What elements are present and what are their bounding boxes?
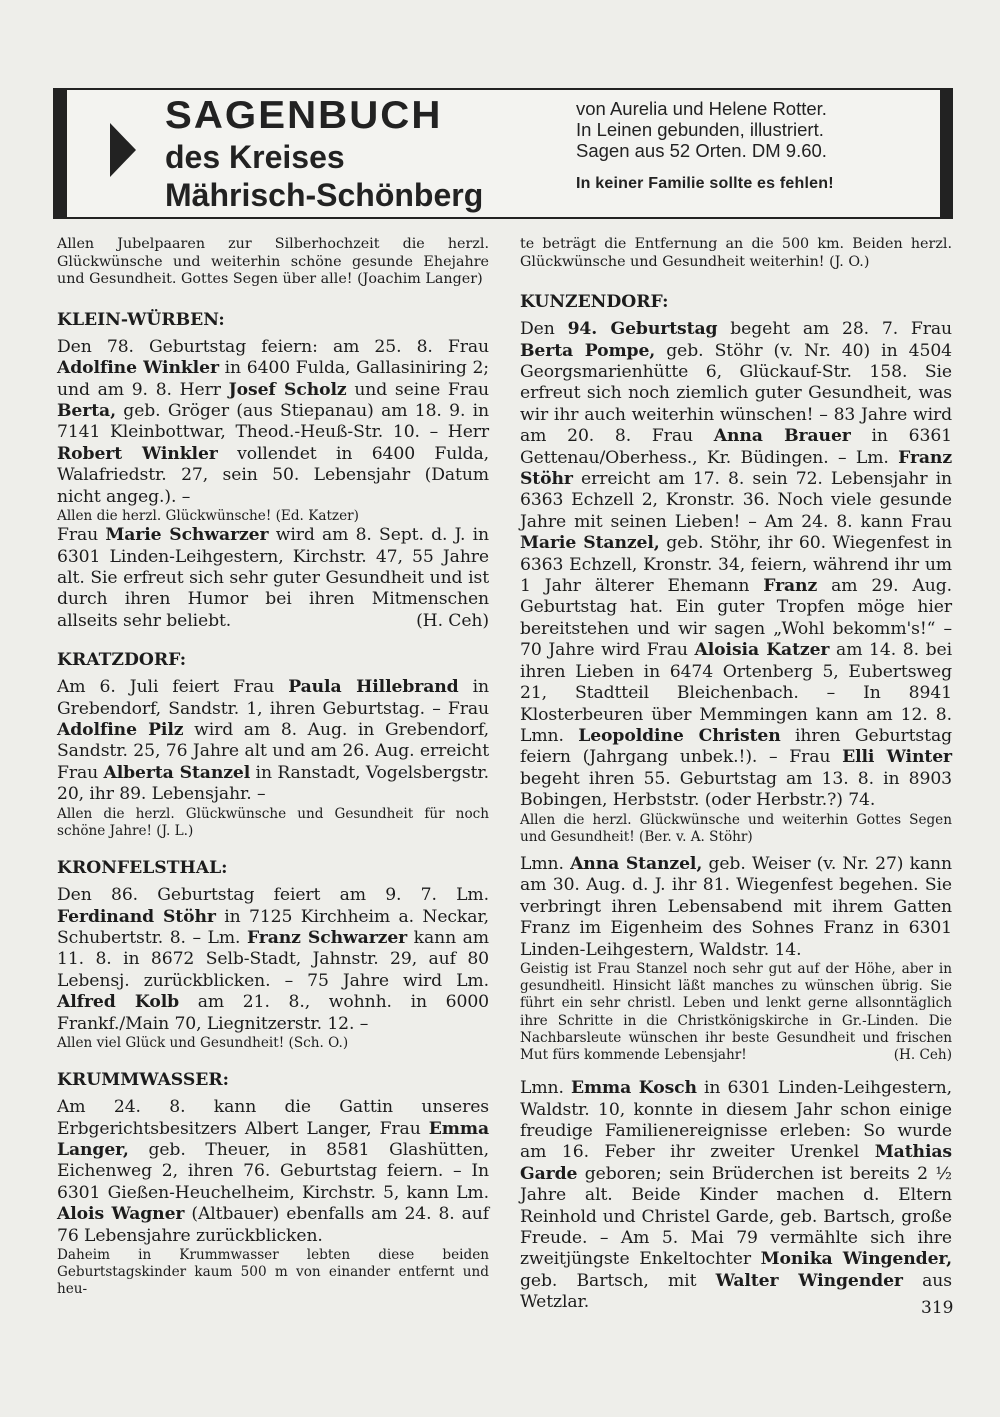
ad-title-line-3: Mährisch-Schönberg <box>165 179 483 217</box>
right-column: te beträgt die Entfernung an die 500 km.… <box>520 236 952 1314</box>
ad-tagline: In keiner Familie sollte es fehlen! <box>576 173 834 194</box>
kunzendorf-birthdays: Den 94. Geburtstag begeht am 28. 7. Frau… <box>520 319 952 811</box>
emma-kosch-entry: Lmn. Emma Kosch in 6301 Linden-Leihgeste… <box>520 1078 952 1313</box>
left-column: Allen Jubelpaaren zur Silberhochzeit die… <box>57 236 489 1299</box>
kratzdorf-birthdays: Am 6. Juli feiert Frau Paula Hillebrand … <box>57 677 489 805</box>
ad-title-line-2: des Kreises <box>165 141 483 179</box>
marie-schwarzer-entry: Frau Marie Schwarzer wird am 8. Sept. d.… <box>57 525 489 632</box>
ad-details: von Aurelia und Helene Rotter. In Leinen… <box>576 98 834 194</box>
section-heading-kronfelsthal: KRONFELSTHAL: <box>57 858 489 879</box>
signature: (H. Ceh) <box>416 611 489 632</box>
arrow-right-icon <box>110 123 136 177</box>
anna-stanzel-note: Geistig ist Frau Stanzel noch sehr gut a… <box>520 961 952 1064</box>
krummwasser-birthdays: Am 24. 8. kann die Gattin unseres Erbger… <box>57 1097 489 1247</box>
ad-authors: von Aurelia und Helene Rotter. <box>576 98 834 119</box>
signature: (H. Ceh) <box>894 1047 952 1064</box>
ad-title-line-1: SAGENBUCH <box>165 96 493 139</box>
section-heading-kunzendorf: KUNZENDORF: <box>520 292 952 313</box>
section-heading-krummwasser: KRUMMWASSER: <box>57 1070 489 1091</box>
ad-price: Sagen aus 52 Orten. DM 9.60. <box>576 140 834 161</box>
kratzdorf-note: Allen die herzl. Glückwünsche und Gesund… <box>57 806 489 840</box>
anna-stanzel-entry: Lmn. Anna Stanzel, geb. Weiser (v. Nr. 2… <box>520 854 952 961</box>
page-number: 319 <box>921 1298 953 1318</box>
section-heading-kratzdorf: KRATZDORF: <box>57 650 489 671</box>
sagenbuch-advertisement: SAGENBUCH des Kreises Mährisch-Schönberg… <box>53 88 953 219</box>
krummwasser-note: Daheim in Krummwasser lebten diese beide… <box>57 1247 489 1299</box>
kronfelsthal-birthdays: Den 86. Geburtstag feiert am 9. 7. Lm. F… <box>57 885 489 1035</box>
klein-wuerben-note: Allen die herzl. Glückwünsche! (Ed. Katz… <box>57 508 489 525</box>
klein-wuerben-birthdays: Den 78. Geburtstag feiern: am 25. 8. Fra… <box>57 337 489 508</box>
ad-binding: In Leinen gebunden, illustriert. <box>576 119 834 140</box>
section-heading-klein-wuerben: KLEIN-WÜRBEN: <box>57 310 489 331</box>
krummwasser-note-continuation: te beträgt die Entfernung an die 500 km.… <box>520 236 952 271</box>
kronfelsthal-note: Allen viel Glück und Gesundheit! (Sch. O… <box>57 1035 489 1052</box>
silver-wedding-greeting: Allen Jubelpaaren zur Silberhochzeit die… <box>57 236 489 289</box>
kunzendorf-note: Allen die herzl. Glückwünsche und weiter… <box>520 812 952 846</box>
ad-title: SAGENBUCH des Kreises Mährisch-Schönberg <box>165 96 483 217</box>
